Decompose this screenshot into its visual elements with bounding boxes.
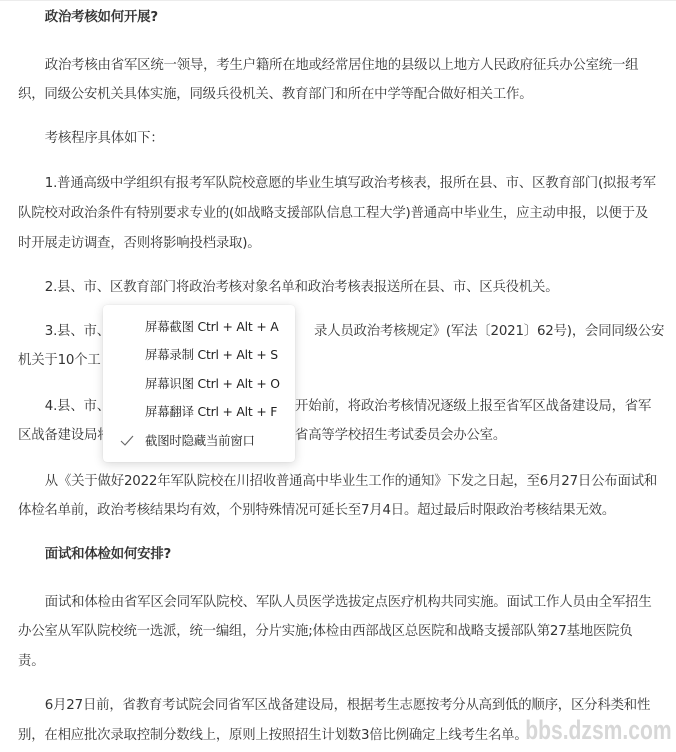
paragraph-interview-medical: 面试和体检由省军区会同军队院校、军队人员医学选拔定点医疗机构共同实施。面试工作人… bbox=[18, 588, 658, 677]
step-4-end: 开始前，将政治考核情况逐级上报至省军区战备建设局，省军 bbox=[295, 392, 651, 422]
menu-item-label: 截图时隐藏当前窗口 bbox=[145, 427, 255, 455]
heading-interview-medical: 面试和体检如何安排? bbox=[18, 540, 658, 570]
heading-political-review: 政治考核如何开展? bbox=[18, 3, 658, 33]
checkmark-icon bbox=[120, 427, 134, 455]
screenshot-context-menu: 屏幕截图 Ctrl + Alt + A 屏幕录制 Ctrl + Alt + S … bbox=[103, 305, 295, 462]
paragraph-validity-period: 从《关于做好2022年军队院校在川招收普通高中毕业生工作的通知》下发之日起，至6… bbox=[18, 467, 658, 526]
step-3-start: 3.县、市、 bbox=[45, 324, 110, 339]
menu-item-label: 屏幕录制 Ctrl + Alt + S bbox=[145, 341, 278, 369]
step-4-line2-end: 省高等学校招生考试委员会办公室。 bbox=[295, 421, 506, 451]
step-3-end: 录人员政治考核规定》(军法〔2021〕62号)，会同同级公安 bbox=[314, 317, 664, 347]
menu-item-screen-capture[interactable]: 屏幕截图 Ctrl + Alt + A bbox=[103, 313, 295, 341]
watermark: bbs.dzsm.com bbox=[526, 715, 672, 746]
paragraph-step-1: 1.普通高级中学组织有报考军队院校意愿的毕业生填写政治考核表，报所在县、市、区教… bbox=[18, 169, 658, 258]
paragraph-step-2: 2.县、市、区教育部门将政治考核对象名单和政治考核表报送所在县、市、区兵役机关。 bbox=[18, 273, 658, 303]
menu-item-label: 屏幕翻译 Ctrl + Alt + F bbox=[145, 398, 277, 426]
menu-item-label: 屏幕截图 Ctrl + Alt + A bbox=[145, 313, 279, 341]
menu-item-label: 屏幕识图 Ctrl + Alt + O bbox=[145, 370, 280, 398]
step-4-start: 4.县、市、 bbox=[45, 399, 110, 414]
paragraph-procedure-intro: 考核程序具体如下： bbox=[18, 124, 658, 154]
menu-item-screen-record[interactable]: 屏幕录制 Ctrl + Alt + S bbox=[103, 341, 295, 369]
menu-item-hide-window-on-capture[interactable]: 截图时隐藏当前窗口 bbox=[103, 427, 295, 455]
step-4-line2: 区战备建设局将 bbox=[18, 421, 110, 451]
menu-item-screen-translate[interactable]: 屏幕翻译 Ctrl + Alt + F bbox=[103, 398, 295, 426]
menu-item-screen-recognize[interactable]: 屏幕识图 Ctrl + Alt + O bbox=[103, 370, 295, 398]
paragraph-political-review-intro: 政治考核由省军区统一领导，考生户籍所在地或经常居住地的县级以上地方人民政府征兵办… bbox=[18, 51, 658, 110]
step-3-line2: 机关于10个工 bbox=[18, 346, 101, 376]
